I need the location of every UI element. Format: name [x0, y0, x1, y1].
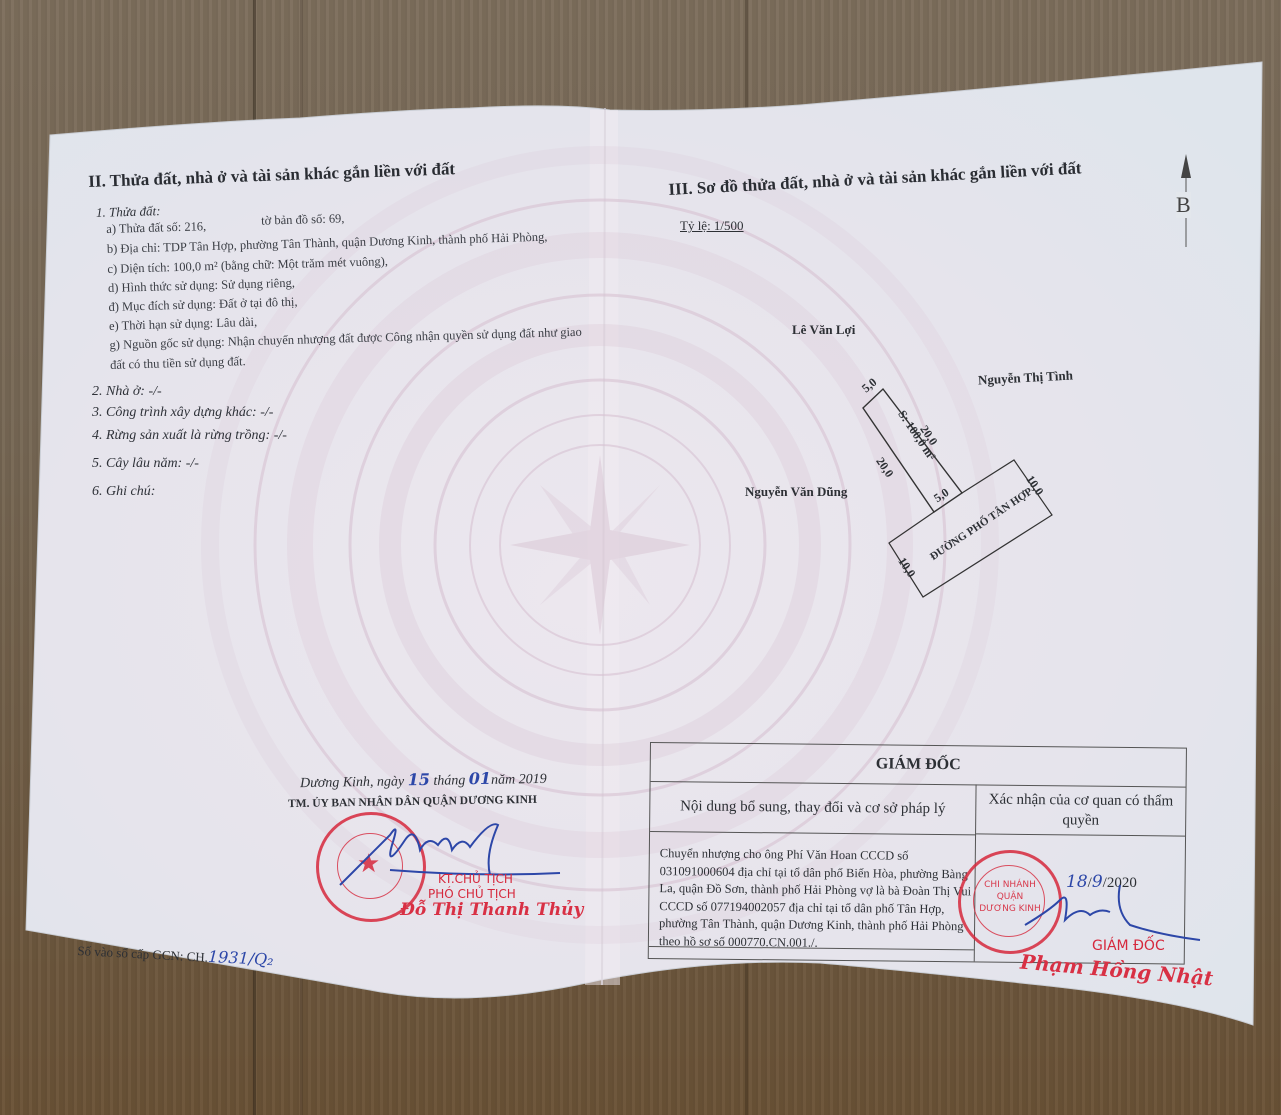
forest-item: 4. Rừng sản xuất là rừng trồng: -/- [92, 428, 287, 444]
change-entry: Chuyển nhượng cho ông Phí Văn Hoan CCCD … [659, 845, 975, 953]
place-date-label: Dương Kinh, ngày [300, 774, 404, 791]
director-title: GIÁM ĐỐC [1092, 938, 1165, 954]
registry-value: 1931 [208, 947, 250, 968]
house-item: 2. Nhà ở: -/- [92, 384, 162, 400]
north-label: B [1176, 192, 1191, 218]
scale-label: Tỷ lệ: 1/500 [680, 218, 744, 234]
land-certificate: II. Thửa đất, nhà ở và tài sản khác gắn … [0, 0, 1281, 1115]
notes-item: 6. Ghi chú: [92, 484, 155, 500]
signer-name-left: Đỗ Thị Thanh Thủy [400, 900, 583, 920]
vice-chair-title-1: KT.CHỦ TỊCH [438, 872, 513, 886]
col-header-content: Nội dung bổ sung, thay đổi và cơ sở pháp… [650, 781, 977, 835]
year-label: năm 2019 [491, 772, 547, 788]
parcel-diagram [740, 310, 1100, 610]
vice-chair-title-2: PHÓ CHỦ TỊCH [428, 887, 516, 901]
registry-suffix: /Q₂ [248, 949, 274, 969]
signing-day: 15 [407, 770, 430, 789]
parcel-number: a) Thửa đất số: 216, [106, 219, 206, 237]
map-sheet-number: tờ bản đồ số: 69, [261, 211, 345, 228]
other-construction-item: 3. Công trình xây dựng khác: -/- [92, 405, 273, 421]
col-header-confirmation: Xác nhận của cơ quan có thẩm quyền [976, 784, 1186, 836]
perennial-tree-item: 5. Cây lâu năm: -/- [92, 456, 199, 472]
signing-month: 01 [469, 769, 492, 788]
land-heading: 1. Thửa đất: [96, 203, 161, 221]
month-label: tháng [433, 773, 465, 789]
